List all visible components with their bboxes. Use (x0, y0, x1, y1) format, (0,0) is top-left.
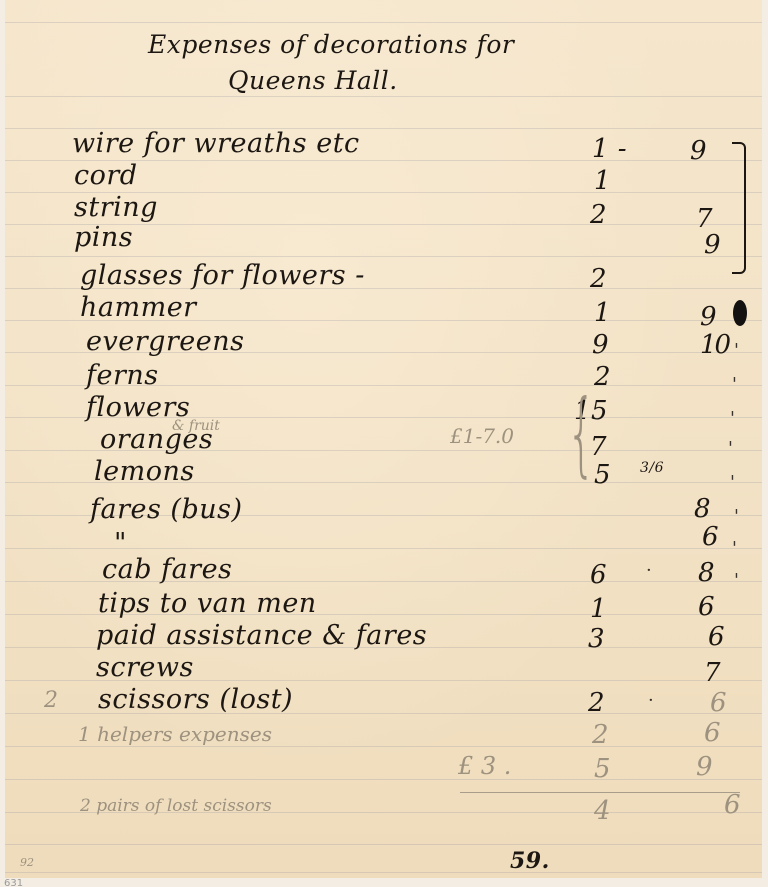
pence-value: 10 (700, 330, 729, 360)
item-annotation: & fruit (172, 418, 220, 434)
decimal-dot: · (648, 690, 654, 711)
ruled-line (5, 872, 762, 873)
item-label: string (74, 192, 158, 223)
ink-blot (733, 300, 747, 326)
lemons-note: 3/6 (640, 460, 664, 476)
lost-scissors-label: 2 pairs of lost scissors (80, 796, 272, 816)
item-label: lemons (94, 456, 195, 487)
total-shillings: 5 (594, 754, 611, 784)
helpers-expenses-label: 1 helpers expenses (78, 722, 272, 746)
item-label: scissors (lost) (98, 684, 293, 715)
ruled-line (5, 746, 762, 747)
tick-mark: ' (734, 570, 739, 591)
item-quantity: 2 (44, 688, 58, 713)
folio-number: 92 (20, 856, 34, 869)
pence-value: 9 (704, 230, 721, 260)
pence-value: 7 (704, 658, 721, 688)
shillings-value: 1 - (592, 134, 627, 164)
pence-value: 6 (710, 688, 727, 718)
item-label: paid assistance & fares (96, 620, 427, 651)
shillings-value: 1 (594, 298, 611, 328)
shillings-value: 2 (590, 200, 607, 230)
shillings-value: 1 (594, 166, 611, 196)
tick-mark: ' (732, 538, 737, 559)
ruled-line (5, 844, 762, 845)
item-label: cord (74, 160, 138, 191)
lost-scissors-shillings: 4 (594, 796, 611, 826)
page-subtitle: Queens Hall. (228, 66, 398, 95)
lost-scissors-pence: 6 (724, 790, 741, 820)
item-label: evergreens (86, 326, 245, 357)
item-label: tips to van men (98, 588, 317, 619)
tick-mark: ' (734, 506, 739, 527)
ruled-line (5, 256, 762, 257)
pence-value: 9 (690, 136, 707, 166)
shillings-value: 1 (590, 594, 607, 624)
total-underline (460, 792, 740, 793)
total-pence: 9 (696, 752, 713, 782)
pence-value: 6 (702, 522, 719, 552)
fruit-subtotal: £1-7.0 (450, 424, 514, 448)
helpers-shillings: 2 (592, 720, 609, 750)
item-label: pins (74, 222, 133, 253)
decimal-dot: · (646, 560, 652, 581)
item-label: cab fares (102, 554, 232, 585)
shillings-value: 6 (590, 560, 607, 590)
shillings-value: 3 (588, 624, 605, 654)
pence-value: 8 (698, 558, 715, 588)
tick-mark: ' (734, 340, 739, 361)
total-pounds: £ 3 . (458, 752, 511, 780)
page-mark: 59. (510, 848, 550, 874)
item-label: screws (96, 652, 194, 683)
ruled-line (5, 779, 762, 780)
pence-value: 8 (694, 494, 711, 524)
archive-note: 631 (4, 878, 23, 887)
shillings-value: 2 (590, 264, 607, 294)
grouping-bracket (732, 142, 746, 274)
item-label: ferns (86, 360, 159, 391)
pencil-brace: { (567, 388, 596, 480)
ruled-line (5, 96, 762, 97)
helpers-pence: 6 (704, 718, 721, 748)
item-label: wire for wreaths etc (72, 128, 360, 159)
page-title: Expenses of decorations for (148, 30, 514, 59)
pence-value: 9 (700, 302, 717, 332)
item-label: fares (bus) (90, 494, 243, 525)
ruled-line (5, 22, 762, 23)
shillings-value: 2 (594, 362, 611, 392)
item-label: hammer (80, 292, 197, 323)
shillings-value: 5 (594, 460, 611, 490)
tick-mark: ' (730, 472, 735, 493)
tick-mark: ' (730, 408, 735, 429)
pence-value: 6 (698, 592, 715, 622)
item-label: glasses for flowers - (80, 260, 365, 291)
tick-mark: ' (732, 374, 737, 395)
tick-mark: ' (728, 438, 733, 459)
shillings-value: 9 (592, 330, 609, 360)
shillings-value: 2 (588, 688, 605, 718)
pence-value: 6 (708, 622, 725, 652)
